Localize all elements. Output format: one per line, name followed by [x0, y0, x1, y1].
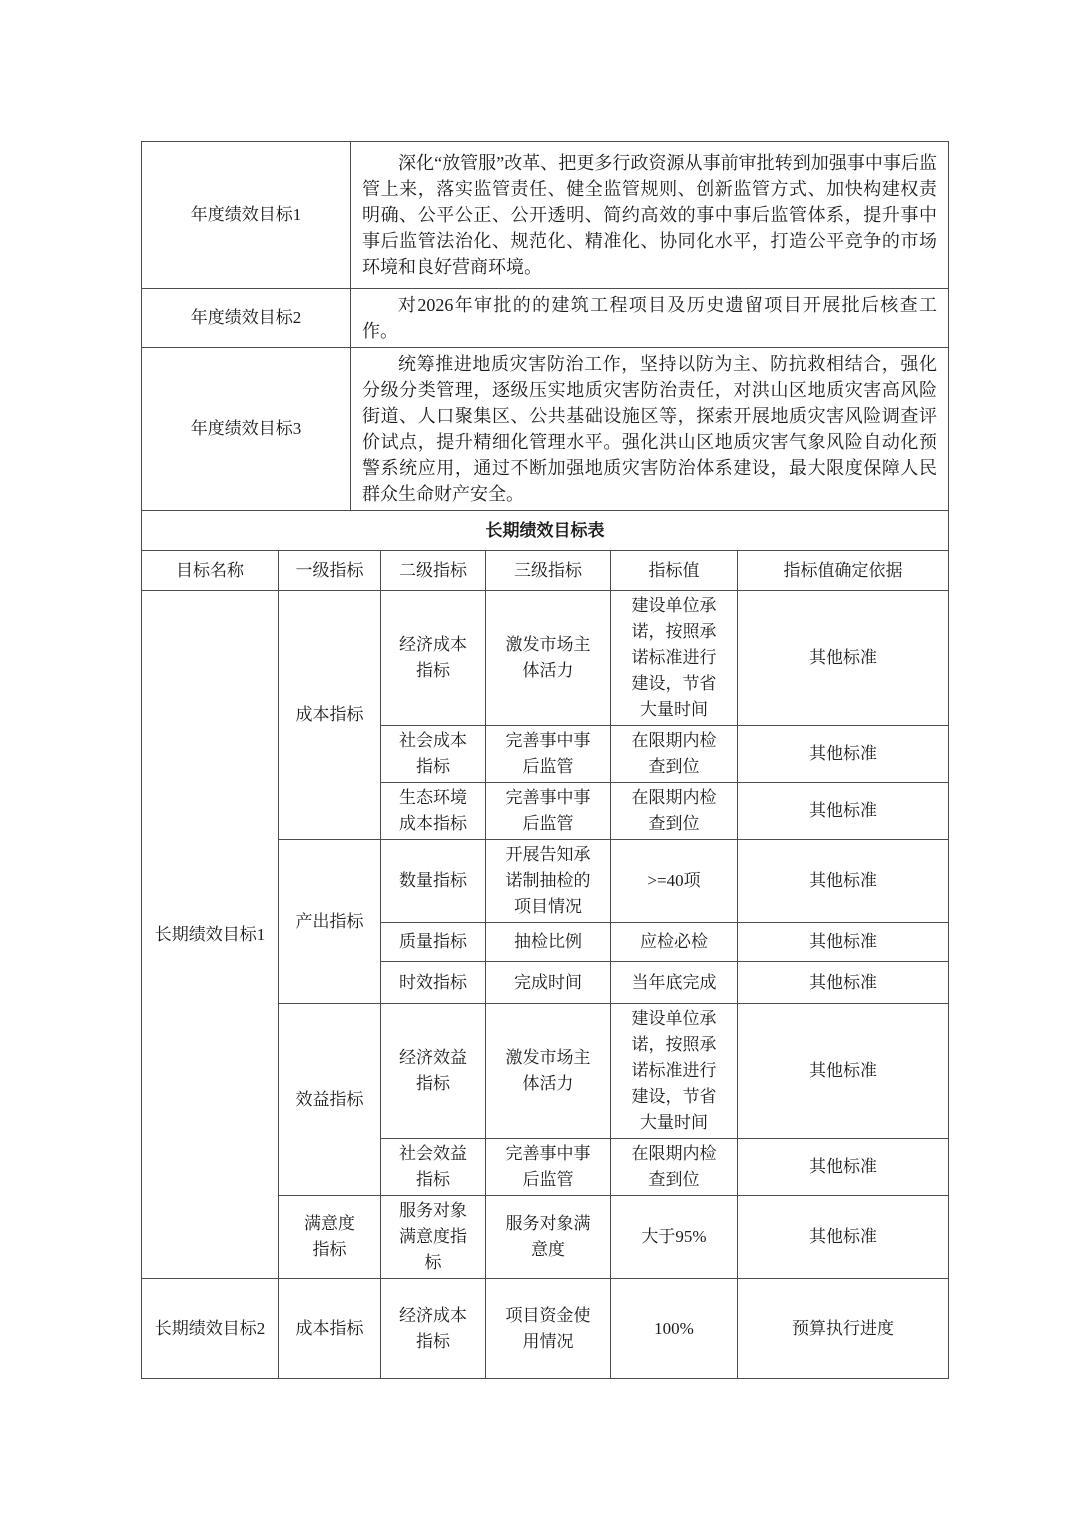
header-indicator-value: 指标值 [611, 551, 738, 591]
annual-target-label: 年度绩效目标2 [142, 289, 351, 348]
value-basis-cell: 其他标准 [738, 783, 949, 840]
value-basis-cell: 其他标准 [738, 1139, 949, 1196]
level2-indicator-cell: 经济效益 指标 [381, 1004, 486, 1139]
level1-indicator-cell: 成本指标 [279, 591, 381, 840]
goal-name-cell: 长期绩效目标1 [142, 591, 279, 1279]
level3-indicator-cell: 项目资金使 用情况 [486, 1279, 611, 1379]
annual-target-description: 深化“放管服”改革、把更多行政资源从事前审批转到加强事中事后监管上来，落实监管责… [351, 142, 949, 289]
header-level3-indicator: 三级指标 [486, 551, 611, 591]
longterm-table-title: 长期绩效目标表 [142, 511, 949, 551]
level2-indicator-cell: 经济成本 指标 [381, 591, 486, 726]
indicator-value-cell: 建设单位承 诺，按照承 诺标准进行 建设，节省 大量时间 [611, 591, 738, 726]
indicator-value-cell: 当年底完成 [611, 962, 738, 1004]
indicator-value-cell: 在限期内检 查到位 [611, 726, 738, 783]
table-row: 长期绩效目标1 成本指标 经济成本 指标 激发市场主 体活力 建设单位承 诺，按… [142, 591, 949, 726]
annual-target-description: 统筹推进地质灾害防治工作，坚持以防为主、防抗救相结合，强化分级分类管理，逐级压实… [351, 348, 949, 511]
value-basis-cell: 其他标准 [738, 1004, 949, 1139]
indicator-value-cell: 建设单位承 诺，按照承 诺标准进行 建设，节省 大量时间 [611, 1004, 738, 1139]
longterm-target-table: 长期绩效目标表 目标名称 一级指标 二级指标 三级指标 指标值 指标值确定依据 … [141, 510, 949, 1379]
indicator-value-cell: 在限期内检 查到位 [611, 783, 738, 840]
level2-indicator-cell: 数量指标 [381, 840, 486, 923]
indicator-value-cell: 在限期内检 查到位 [611, 1139, 738, 1196]
level3-indicator-cell: 完善事中事 后监管 [486, 783, 611, 840]
level3-indicator-cell: 开展告知承 诺制抽检的 项目情况 [486, 840, 611, 923]
level3-indicator-cell: 抽检比例 [486, 923, 611, 962]
level3-indicator-cell: 完善事中事 后监管 [486, 1139, 611, 1196]
value-basis-cell: 其他标准 [738, 923, 949, 962]
level2-indicator-cell: 质量指标 [381, 923, 486, 962]
annual-target-description: 对2026年审批的的建筑工程项目及历史遗留项目开展批后核查工作。 [351, 289, 949, 348]
level2-indicator-cell: 时效指标 [381, 962, 486, 1004]
header-level1-indicator: 一级指标 [279, 551, 381, 591]
table-row: 年度绩效目标1 深化“放管服”改革、把更多行政资源从事前审批转到加强事中事后监管… [142, 142, 949, 289]
header-level2-indicator: 二级指标 [381, 551, 486, 591]
annual-target-label: 年度绩效目标1 [142, 142, 351, 289]
goal-name-cell: 长期绩效目标2 [142, 1279, 279, 1379]
level2-indicator-cell: 生态环境 成本指标 [381, 783, 486, 840]
indicator-value-cell: 应检必检 [611, 923, 738, 962]
table-row: 年度绩效目标2 对2026年审批的的建筑工程项目及历史遗留项目开展批后核查工作。 [142, 289, 949, 348]
table-row: 长期绩效目标2 成本指标 经济成本 指标 项目资金使 用情况 100% 预算执行… [142, 1279, 949, 1379]
value-basis-cell: 预算执行进度 [738, 1279, 949, 1379]
table-row: 年度绩效目标3 统筹推进地质灾害防治工作，坚持以防为主、防抗救相结合，强化分级分… [142, 348, 949, 511]
table-header-row: 目标名称 一级指标 二级指标 三级指标 指标值 指标值确定依据 [142, 551, 949, 591]
header-value-basis: 指标值确定依据 [738, 551, 949, 591]
level1-indicator-cell: 成本指标 [279, 1279, 381, 1379]
indicator-value-cell: 100% [611, 1279, 738, 1379]
level2-indicator-cell: 社会成本 指标 [381, 726, 486, 783]
header-goal-name: 目标名称 [142, 551, 279, 591]
document-sheet: 年度绩效目标1 深化“放管服”改革、把更多行政资源从事前审批转到加强事中事后监管… [141, 141, 948, 1379]
value-basis-cell: 其他标准 [738, 1196, 949, 1279]
level3-indicator-cell: 服务对象满 意度 [486, 1196, 611, 1279]
indicator-value-cell: 大于95% [611, 1196, 738, 1279]
value-basis-cell: 其他标准 [738, 726, 949, 783]
level3-indicator-cell: 激发市场主 体活力 [486, 591, 611, 726]
value-basis-cell: 其他标准 [738, 840, 949, 923]
table-title-row: 长期绩效目标表 [142, 511, 949, 551]
annual-target-table: 年度绩效目标1 深化“放管服”改革、把更多行政资源从事前审批转到加强事中事后监管… [141, 141, 949, 511]
value-basis-cell: 其他标准 [738, 962, 949, 1004]
indicator-value-cell: >=40项 [611, 840, 738, 923]
level1-indicator-cell: 效益指标 [279, 1004, 381, 1196]
level3-indicator-cell: 完成时间 [486, 962, 611, 1004]
level1-indicator-cell: 满意度 指标 [279, 1196, 381, 1279]
level2-indicator-cell: 经济成本 指标 [381, 1279, 486, 1379]
level3-indicator-cell: 激发市场主 体活力 [486, 1004, 611, 1139]
level1-indicator-cell: 产出指标 [279, 840, 381, 1004]
level2-indicator-cell: 服务对象 满意度指 标 [381, 1196, 486, 1279]
value-basis-cell: 其他标准 [738, 591, 949, 726]
level2-indicator-cell: 社会效益 指标 [381, 1139, 486, 1196]
level3-indicator-cell: 完善事中事 后监管 [486, 726, 611, 783]
annual-target-label: 年度绩效目标3 [142, 348, 351, 511]
